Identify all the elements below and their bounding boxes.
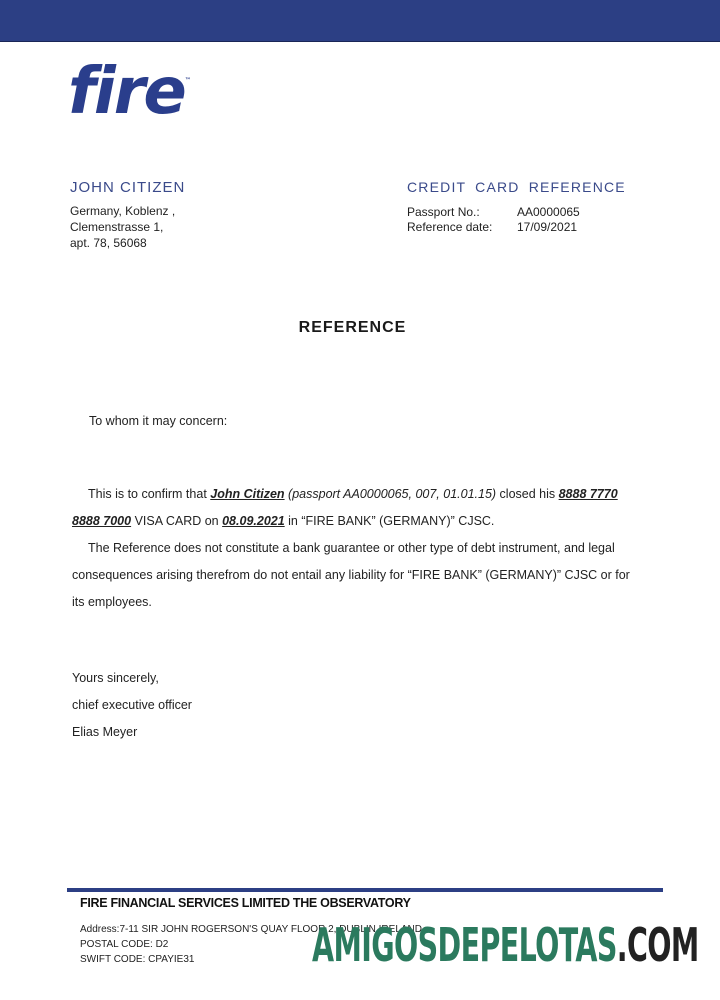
reference-heading: CREDIT CARD REFERENCE: [407, 179, 626, 195]
holder-name: John Citizen: [210, 487, 284, 501]
passport-row: Passport No.: AA0000065: [407, 205, 580, 220]
recipient-address: Germany, Koblenz , Clemenstrasse 1, apt.…: [70, 203, 175, 251]
greeting: To whom it may concern:: [89, 414, 227, 428]
signature-block: Yours sincerely, chief executive officer…: [72, 665, 192, 746]
header-bar: [0, 0, 720, 42]
date-row: Reference date: 17/09/2021: [407, 220, 580, 235]
disclaimer-paragraph: The Reference does not constitute a bank…: [72, 535, 642, 616]
signer-name: Elias Meyer: [72, 719, 192, 746]
close-date: 08.09.2021: [222, 514, 285, 528]
fire-logo: fire™: [68, 60, 189, 124]
recipient-name: JOHN CITIZEN: [70, 179, 185, 196]
closing: Yours sincerely,: [72, 665, 192, 692]
footer-company: FIRE FINANCIAL SERVICES LIMITED THE OBSE…: [80, 896, 411, 910]
signer-title: chief executive officer: [72, 692, 192, 719]
passport-value: AA0000065: [517, 205, 580, 220]
footer-divider: [67, 888, 663, 892]
date-value: 17/09/2021: [517, 220, 577, 235]
letter-body: This is to confirm that John Citizen (pa…: [72, 481, 642, 616]
document-title: REFERENCE: [0, 319, 705, 337]
passport-label: Passport No.:: [407, 205, 517, 220]
address-line: apt. 78, 56068: [70, 235, 175, 251]
watermark: AMIGOSDEPELOTAS.COM: [312, 922, 699, 968]
address-line: Clemenstrasse 1,: [70, 219, 175, 235]
reference-meta: Passport No.: AA0000065 Reference date: …: [407, 205, 580, 235]
date-label: Reference date:: [407, 220, 517, 235]
address-line: Germany, Koblenz ,: [70, 203, 175, 219]
confirmation-paragraph: This is to confirm that John Citizen (pa…: [72, 481, 642, 535]
